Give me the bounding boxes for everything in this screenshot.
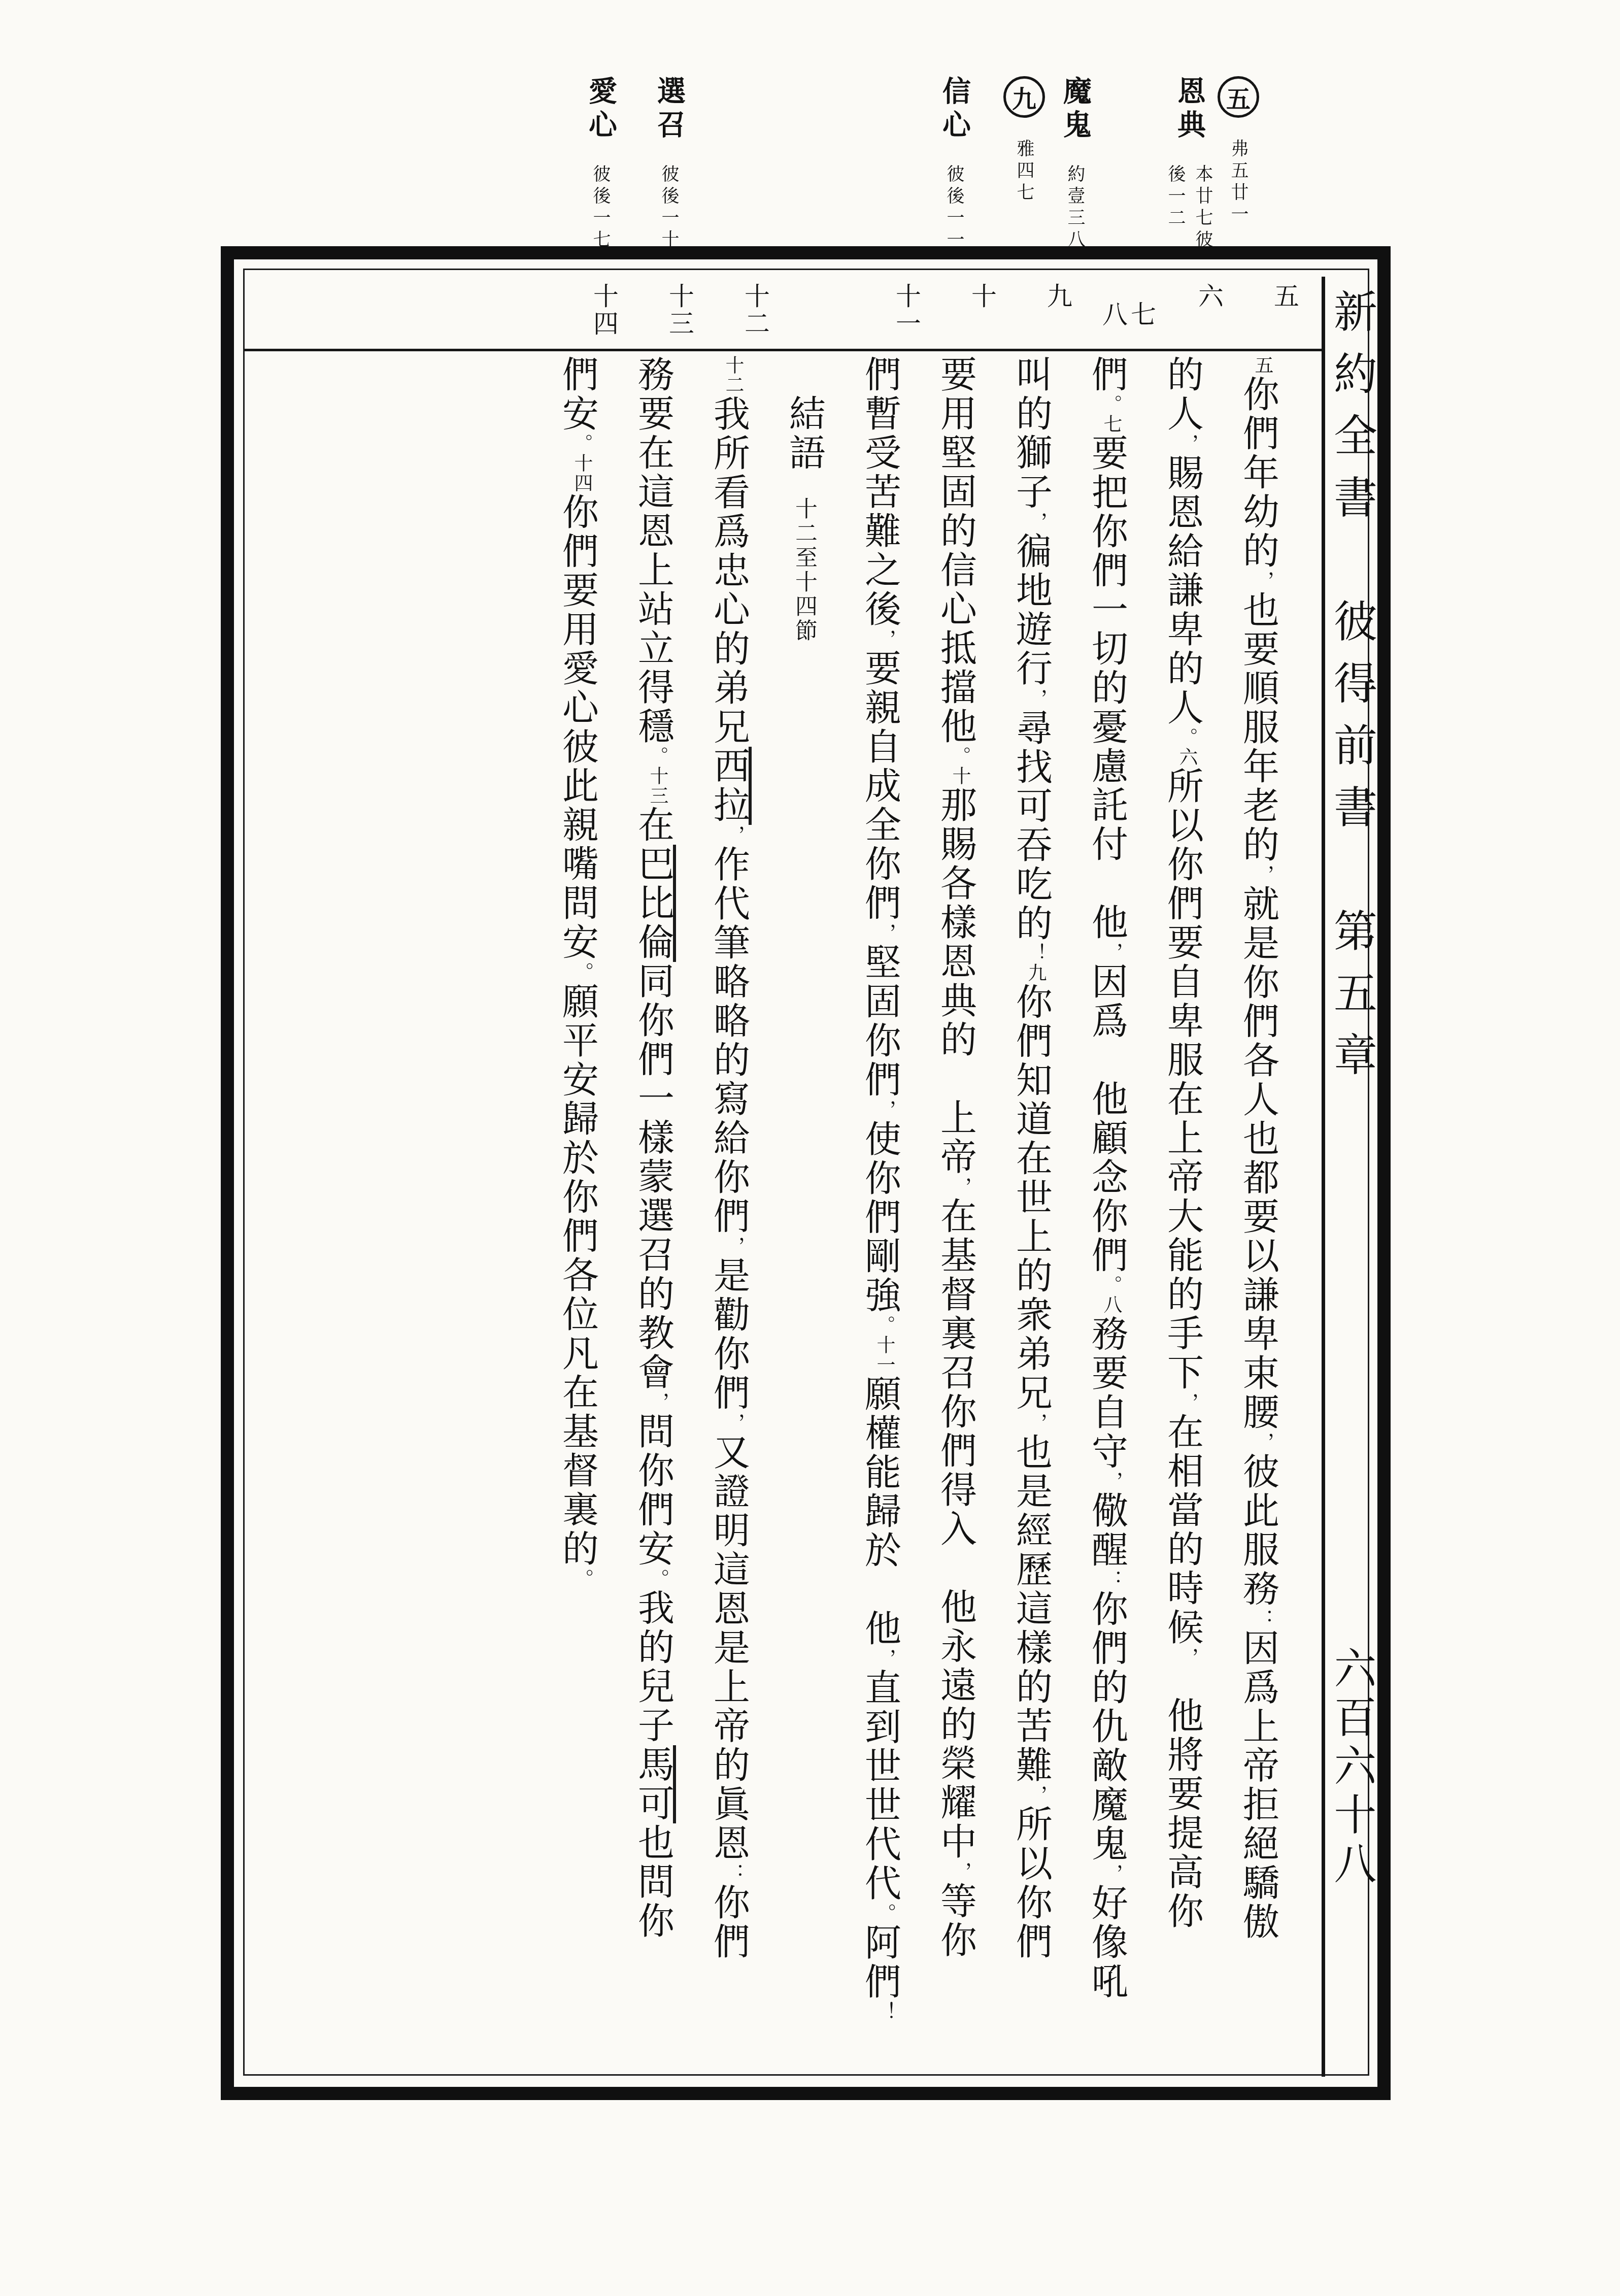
text-column-9: 務要在這恩上站立得穩。十三在巴比倫同你們一樣蒙選召的教會，問你們安。我的兒子馬可… xyxy=(626,355,679,1941)
text-run: 堅固你們 xyxy=(859,943,900,1100)
text-column-6: 們暫受苦難之後，要親自成全你們，堅固你們，使你們剛強。十一願權能歸於 他，直到世… xyxy=(853,355,906,2022)
text-run: 叫的獅子 xyxy=(1010,355,1051,512)
text-column-10: 們安。十四你們要用愛心彼此親嘴問安。願平安歸於你們各位凡在基督裏的。 xyxy=(551,355,603,1589)
punctuation: ： xyxy=(1252,1609,1274,1629)
verse-marker: ！九 xyxy=(1025,943,1045,983)
text-run: 們暫受苦難之後 xyxy=(859,355,900,629)
text-run: 要用堅固的信心抵擋他 xyxy=(935,355,975,746)
text-run: 在基督裏召你們得入 他永遠的榮耀中 xyxy=(935,1197,975,1861)
punctuation: ， xyxy=(873,923,896,943)
margin-note-term: 信心 xyxy=(936,76,972,143)
text-run: 因爲 他顧念你們 xyxy=(1086,962,1127,1275)
text-run: 你們知道在世上的衆弟兄 xyxy=(1010,983,1051,1413)
proper-name: 馬可 xyxy=(632,1745,676,1823)
text-run: 好像吼 xyxy=(1086,1884,1127,2001)
verse-marker: 五 xyxy=(1252,355,1272,375)
text-run: 因爲上帝拒絕驕傲 xyxy=(1237,1629,1278,1942)
text-run: 結語 xyxy=(784,355,824,473)
margin-note-reference: 本廿七彼 後一二 xyxy=(1162,164,1217,252)
text-run: 使你們剛強 xyxy=(859,1120,900,1315)
text-run: 也要順服年老的 xyxy=(1237,591,1278,864)
title-column-divider xyxy=(1322,277,1325,2077)
text-run: 等你 xyxy=(935,1882,975,1960)
text-run: 你們年幼的 xyxy=(1237,375,1278,571)
text-run: 同你們一樣蒙選召的教會 xyxy=(632,962,673,1392)
text-run: 他將要提高你 xyxy=(1162,1657,1202,1931)
text-run: 我的兒子 xyxy=(632,1589,673,1745)
punctuation: ， xyxy=(1252,571,1274,591)
margin-note-reference: 彼後一十 xyxy=(655,164,683,252)
text-run: 徧地遊行 xyxy=(1010,532,1051,688)
text-run: 賜恩給謙卑的人 xyxy=(1162,454,1202,727)
punctuation: ， xyxy=(1252,864,1274,885)
text-run: 務要在這恩上站立得穩 xyxy=(632,355,673,746)
margin-note-election: 選召 彼後一十 xyxy=(651,76,687,252)
punctuation: ， xyxy=(873,1648,896,1669)
punctuation: ， xyxy=(1025,512,1048,532)
punctuation: ， xyxy=(1100,942,1123,962)
verse-marker: 。十三 xyxy=(647,746,667,806)
punctuation: ， xyxy=(873,1100,896,1120)
punctuation: ， xyxy=(1252,1432,1274,1452)
punctuation: ， xyxy=(1100,1864,1123,1884)
text-column-8: 十二我所看爲忠心的弟兄西拉，作代筆略略的寫給你們，是勸你們，又證明這恩是上帝的眞… xyxy=(702,355,755,1961)
text-run: 願平安歸於你們各位凡在基督裏的 xyxy=(557,982,597,1569)
margin-note-reference: 雅四七 xyxy=(1010,139,1038,205)
punctuation: ： xyxy=(722,1863,745,1883)
scanned-book-page: 五 弗五廿一 恩典 本廿七彼 後一二 魔鬼 約壹三八 九 雅四七 信心 彼後一一… xyxy=(0,0,1620,2296)
text-run: 是勸你們 xyxy=(708,1256,749,1413)
punctuation: 。 xyxy=(571,1569,594,1589)
punctuation: ， xyxy=(1025,1413,1048,1433)
text-column-2: 的人，賜恩給謙卑的人。六所以你們要自卑服在上帝大能的手下，在相當的時候， 他將要… xyxy=(1156,355,1208,1931)
margin-note-reference: 弗五廿一 xyxy=(1225,139,1252,226)
text-run: 也問你 xyxy=(632,1823,673,1941)
punctuation: ， xyxy=(1025,688,1048,709)
margin-note-devil: 魔鬼 約壹三八 xyxy=(1057,76,1093,252)
margin-note-verse5: 五 弗五廿一 xyxy=(1218,76,1259,226)
text-run: 儆醒 xyxy=(1086,1491,1127,1570)
proper-name: 巴比倫 xyxy=(632,845,676,962)
punctuation: ， xyxy=(949,1861,972,1882)
book-chapter-title: 新約全書 彼得前書 第五章 xyxy=(1325,289,1377,1094)
margin-note-love: 愛心 彼後一七 xyxy=(583,76,618,252)
punctuation: 。 xyxy=(873,1903,896,1923)
margin-note-term: 恩典 xyxy=(1171,76,1207,143)
text-column-4: 叫的獅子，徧地遊行，尋找可吞吃的！九你們知道在世上的衆弟兄，也是經歷這樣的苦難，… xyxy=(1004,355,1057,1961)
text-run: 們 xyxy=(1086,355,1127,394)
verse-marker: 。十 xyxy=(949,746,970,786)
circled-verse-number: 九 xyxy=(1003,76,1045,118)
text-run: 所以你們要自卑服在上帝大能的手下 xyxy=(1162,767,1202,1392)
text-run: 的人 xyxy=(1162,355,1202,434)
margin-note-term: 魔鬼 xyxy=(1057,76,1093,143)
text-run: 就是你們各人也都要以謙卑束腰 xyxy=(1237,885,1278,1432)
punctuation: ， xyxy=(647,1392,669,1412)
text-run: 尋找可吞吃的 xyxy=(1010,709,1051,943)
circled-verse-number: 五 xyxy=(1218,76,1259,118)
folio-page-number: 六百六十八 xyxy=(1325,1646,1377,1890)
text-run: 阿們 xyxy=(859,1923,900,2002)
punctuation: ， xyxy=(1176,1647,1199,1657)
text-run: 所以你們 xyxy=(1010,1805,1051,1961)
text-run: 你們 xyxy=(708,1883,749,1961)
punctuation: ， xyxy=(873,629,896,649)
punctuation: ， xyxy=(1025,1785,1048,1805)
text-frame: 五六八七九十十一十二十三十四 新約全書 彼得前書 第五章 六百六十八 五你們年幼… xyxy=(221,246,1391,2100)
text-run: 那賜各樣恩典的 上帝 xyxy=(935,786,975,1177)
text-run: 要把你們一切的憂慮託付 他 xyxy=(1086,434,1127,942)
section-subtitle: 十二至十四節 xyxy=(792,473,817,643)
margin-note-verse9: 九 雅四七 xyxy=(1003,76,1045,205)
text-column-7: 結語 十二至十四節 xyxy=(778,355,830,643)
verse-marker: 。八 xyxy=(1100,1275,1121,1315)
text-run: 你們的仇敵魔鬼 xyxy=(1086,1590,1127,1864)
margin-note-reference: 彼後一一 xyxy=(940,164,968,252)
margin-note-term: 選召 xyxy=(651,76,687,143)
text-run: 在相當的時候 xyxy=(1162,1413,1202,1647)
text-run: 又證明這恩是上帝的眞恩 xyxy=(708,1433,749,1863)
punctuation: ， xyxy=(1176,434,1199,454)
margin-note-faith: 信心 彼後一一 xyxy=(936,76,972,252)
punctuation: ： xyxy=(1100,1570,1123,1590)
punctuation: ， xyxy=(722,1236,745,1256)
punctuation: ， xyxy=(1176,1392,1199,1413)
margin-note-grace: 恩典 本廿七彼 後一二 xyxy=(1162,76,1217,252)
margin-note-reference: 約壹三八 xyxy=(1061,164,1089,252)
margin-note-reference: 彼後一七 xyxy=(587,164,614,252)
punctuation: ， xyxy=(722,825,745,845)
text-run: 在 xyxy=(632,806,673,845)
verse-marker: 十二 xyxy=(722,355,743,395)
text-run: 也是經歷這樣的苦難 xyxy=(1010,1433,1051,1785)
verse-marker: 。六 xyxy=(1176,727,1197,767)
punctuation: 。 xyxy=(571,962,594,982)
proper-name: 西拉 xyxy=(708,747,752,825)
text-run: 你們要用愛心彼此親嘴問安 xyxy=(557,493,597,962)
text-run: 問你們安 xyxy=(632,1412,673,1569)
punctuation: ！ xyxy=(873,2002,896,2022)
text-run: 們安 xyxy=(557,355,597,434)
punctuation: ， xyxy=(722,1413,745,1433)
punctuation: 。 xyxy=(647,1569,669,1589)
text-run: 彼此服務 xyxy=(1237,1452,1278,1609)
margin-note-term: 愛心 xyxy=(583,76,618,143)
punctuation: ， xyxy=(1100,1471,1123,1491)
text-run: 我所看爲忠心的弟兄 xyxy=(708,395,749,747)
text-run: 願權能歸於 他 xyxy=(859,1375,900,1648)
text-run: 務要自守 xyxy=(1086,1315,1127,1471)
text-column-3: 們。七要把你們一切的憂慮託付 他，因爲 他顧念你們。八務要自守，儆醒：你們的仇敵… xyxy=(1080,355,1133,2001)
verse-marker: 。七 xyxy=(1100,394,1121,434)
text-run: 直到世世代代 xyxy=(859,1669,900,1903)
verse-marker: 。十一 xyxy=(873,1315,894,1375)
text-column-5: 要用堅固的信心抵擋他。十那賜各樣恩典的 上帝，在基督裏召你們得入 他永遠的榮耀中… xyxy=(929,355,982,1960)
text-area: 五你們年幼的，也要順服年老的，就是你們各人也都要以謙卑束腰，彼此服務：因爲上帝拒… xyxy=(234,259,1322,2087)
punctuation: ， xyxy=(949,1177,972,1197)
text-run: 要親自成全你們 xyxy=(859,649,900,923)
text-column-1: 五你們年幼的，也要順服年老的，就是你們各人也都要以謙卑束腰，彼此服務：因爲上帝拒… xyxy=(1231,355,1284,1942)
text-run: 作代筆略略的寫給你們 xyxy=(708,845,749,1236)
verse-marker: 。十四 xyxy=(571,434,592,493)
title-column: 新約全書 彼得前書 第五章 六百六十八 xyxy=(1325,259,1377,2087)
